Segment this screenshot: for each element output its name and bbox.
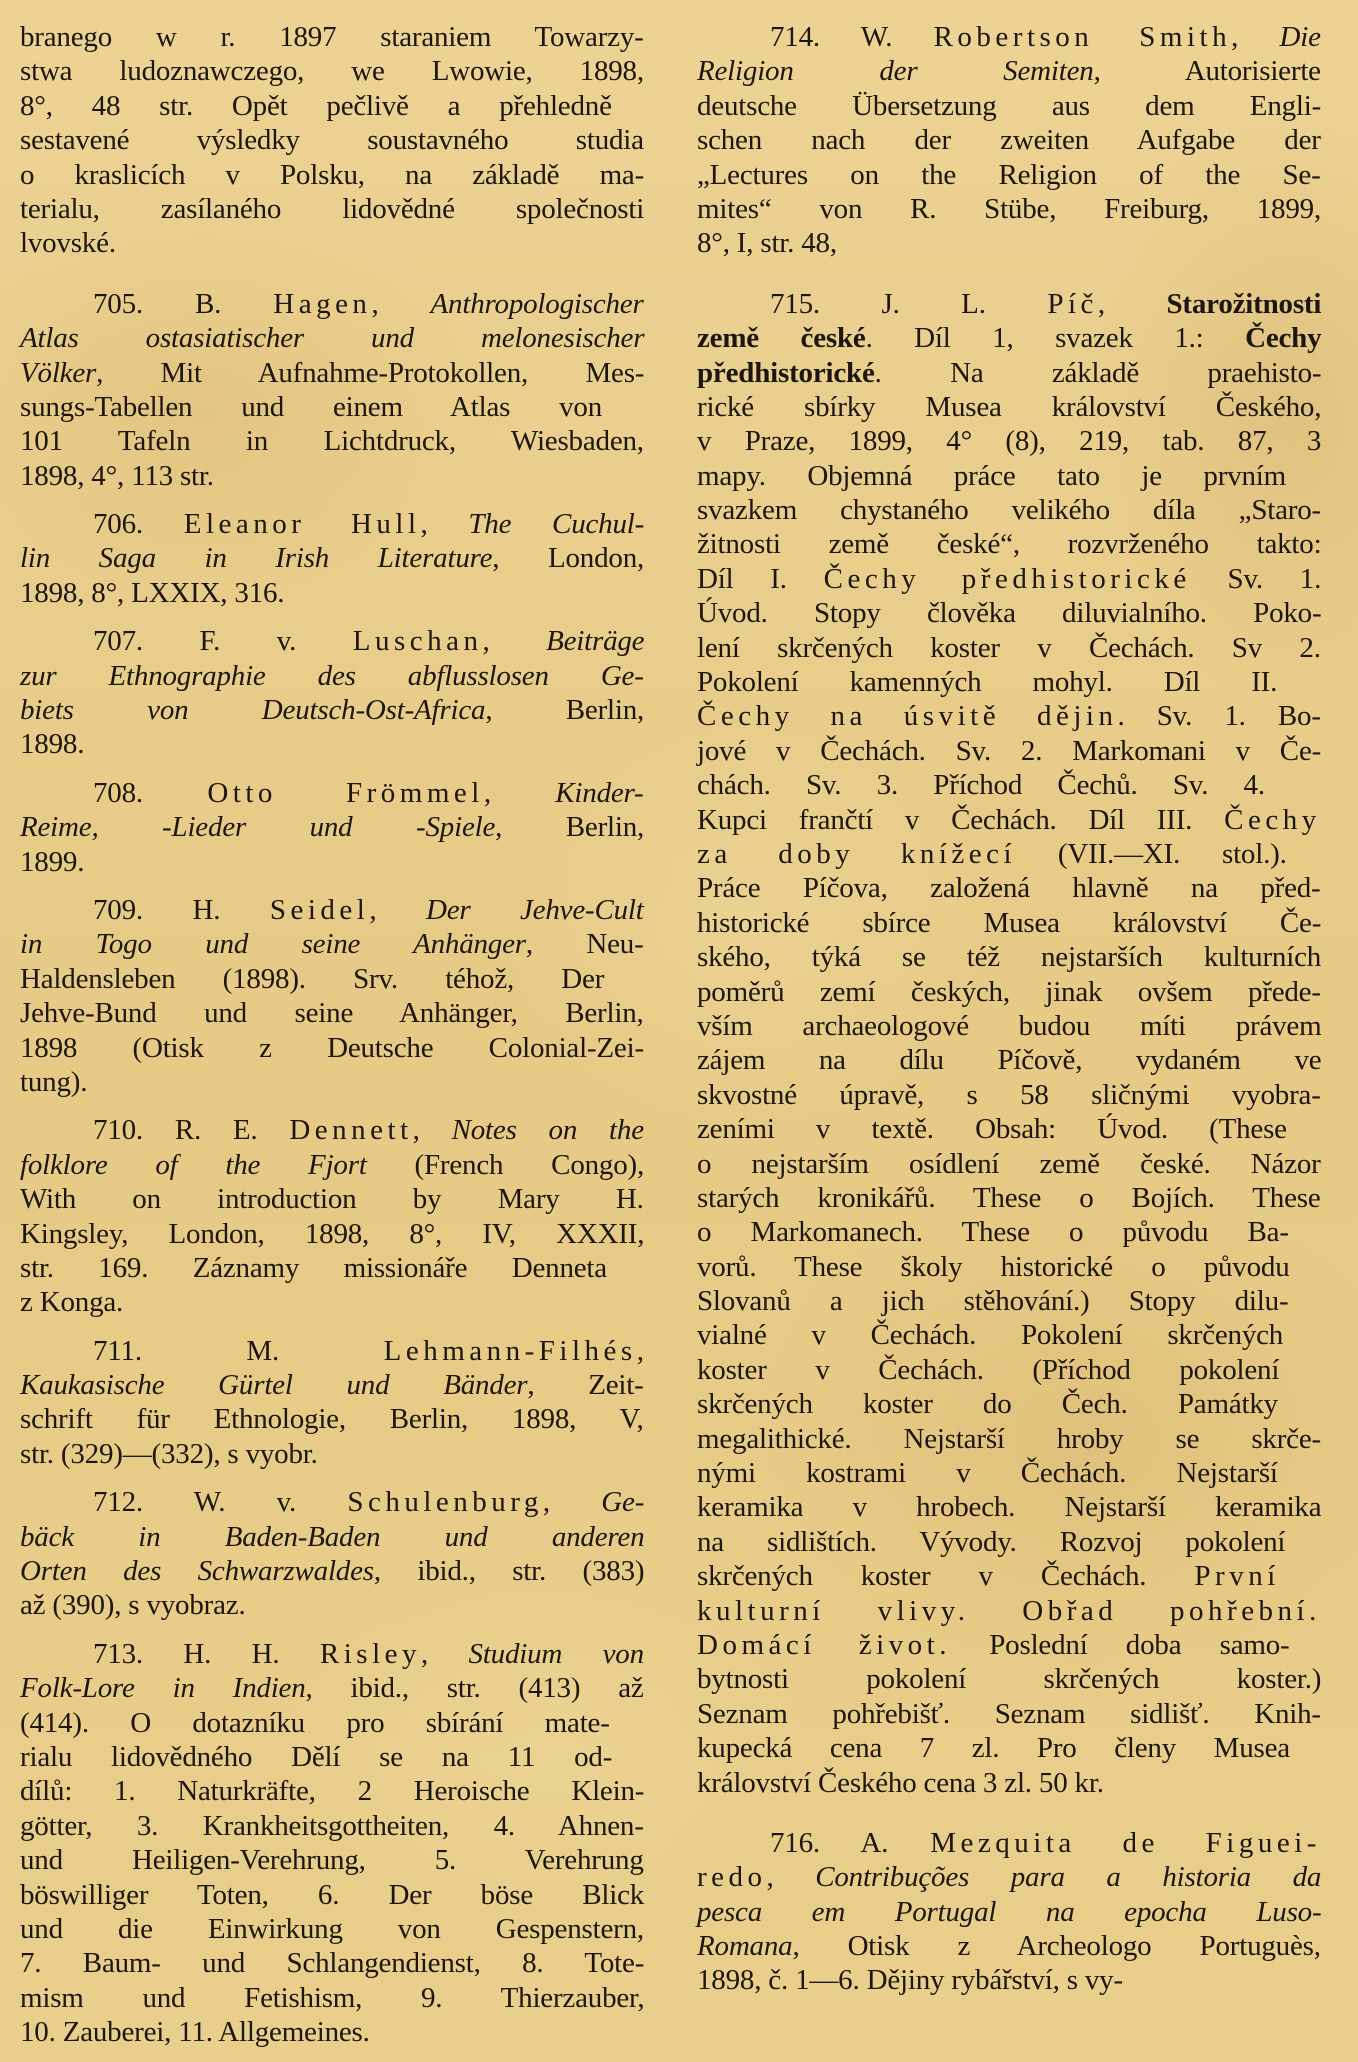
text-run: bytnosti pokolení skrčených koster.) (697, 1663, 1321, 1695)
text-run: žitnosti země české“, rozvrženého takto: (697, 528, 1321, 560)
spaced-author: Domácí život. (697, 1629, 951, 1661)
text-run: Pokolení kamenných mohyl. Díl II. (697, 666, 1277, 698)
text-run: schrift für Ethnologie, Berlin, 1898, V, (20, 1403, 644, 1435)
text-run: vším archaeologové budou míti právem (697, 1010, 1321, 1042)
italic-title: The Cuchul- (468, 508, 644, 540)
italic-title: Der Jehve-Cult (426, 894, 644, 926)
bibliography-entry-709: 709. H. Seidel, Der Jehve-Cultin Togo un… (20, 893, 644, 1099)
text-run: mapy. Objemná práce tato je prvním (697, 460, 1286, 492)
italic-title: Contribuções para a historia da (815, 1861, 1321, 1893)
text-line: „Lectures on the Religion of the Se- (697, 158, 1321, 192)
text-line: zur Ethnographie des abflusslosen Ge- (20, 659, 644, 693)
spaced-author: kulturní vlivy. Obřad pohřební. (697, 1595, 1321, 1627)
text-run: 712. W. v. (93, 1486, 347, 1518)
text-run: chách. Sv. 3. Příchod Čechů. Sv. 4. (697, 769, 1265, 801)
text-run: megalithické. Nejstarší hroby se skrče- (697, 1423, 1321, 1455)
italic-title: Beiträge (546, 625, 644, 657)
text-run: 715. J. L. (770, 288, 1047, 320)
italic-title: folklore of the Fjort (20, 1149, 367, 1181)
text-run: jové v Čechách. Sv. 2. Markomani v Če- (697, 735, 1321, 767)
text-line: böswilliger Toten, 6. Der böse Blick (20, 1878, 644, 1912)
text-run: lení skrčených koster v Čechách. Sv 2. (697, 632, 1321, 664)
bibliography-entry-715: 715. J. L. Píč, Starožitnostizemě české.… (697, 287, 1321, 1800)
text-line: skrčených koster do Čech. Památky (697, 1387, 1321, 1421)
text-line: 8°, 48 str. Opět pečlivě a přehledně (20, 89, 644, 123)
text-line: 7. Baum- und Schlangendienst, 8. Tote- (20, 1946, 644, 1980)
text-run: skrčených koster v Čechách. (697, 1560, 1194, 1592)
text-run: 713. H. H. (93, 1638, 320, 1670)
text-line: předhistorické. Na základě praehisto- (697, 356, 1321, 390)
text-run: nými kostrami v Čechách. Nejstarší (697, 1457, 1278, 1489)
bold-title: Čechy (1245, 322, 1321, 354)
text-line: mapy. Objemná práce tato je prvním (697, 459, 1321, 493)
text-run: 8°, 48 str. Opět pečlivě a přehledně (20, 90, 612, 122)
bibliography-entry-710: 710. R. E. Dennett, Notes on thefolklore… (20, 1113, 644, 1319)
spaced-author: Čechy předhistorické (824, 563, 1191, 595)
text-line: Völker, Mit Aufnahme-Protokollen, Mes- (20, 356, 644, 390)
italic-title: Romana (697, 1930, 792, 1962)
text-line: svazkem chystaného velikého díla „Staro- (697, 493, 1321, 527)
text-line: Seznam pohřebišť. Seznam sidlišť. Knih- (697, 1697, 1321, 1731)
text-line: Romana, Otisk z Archeologo Portuguès, (697, 1929, 1321, 1963)
text-run: zájem na dílu Píčově, vydaném ve (697, 1044, 1321, 1076)
spaced-author: Schulenburg (347, 1486, 543, 1518)
text-run: str. 169. Záznamy missionáře Denneta (20, 1252, 607, 1284)
text-run: . Díl 1, svazek 1.: (866, 322, 1246, 354)
italic-title: Anthropologischer (431, 288, 644, 320)
text-line: Práce Píčova, založená hlavně na před- (697, 871, 1321, 905)
text-run: , London, (492, 542, 644, 574)
text-line: Jehve-Bund und seine Anhänger, Berlin, (20, 996, 644, 1030)
text-line: 709. H. Seidel, Der Jehve-Cult (20, 893, 644, 927)
spaced-author: Mezquita de Figuei- (930, 1827, 1321, 1859)
text-line: skvostné úpravě, s 58 sličnými vyobra- (697, 1078, 1321, 1112)
text-run: Sv. 1. (1191, 563, 1321, 595)
spaced-author: Dennett (289, 1114, 412, 1146)
text-line: in Togo und seine Anhänger, Neu- (20, 927, 644, 961)
text-run: , (421, 508, 469, 540)
text-run: 714. W. (770, 21, 934, 53)
text-run: , (543, 1486, 601, 1518)
text-line: 1898, č. 1—6. Dějiny rybářství, s vy- (697, 1963, 1321, 1997)
text-run: vialné v Čechách. Pokolení skrčených (697, 1319, 1283, 1351)
spaced-author: Eleanor Hull (184, 508, 421, 540)
text-run: Práce Píčova, založená hlavně na před- (697, 872, 1321, 904)
spaced-author: za doby knížecí (697, 838, 1016, 870)
text-line: až (390), s vyobraz. (20, 1588, 644, 1622)
text-line: skrčených koster v Čechách. První (697, 1559, 1321, 1593)
text-line: 711. M. Lehmann-Filhés, (20, 1334, 644, 1368)
italic-title: Atlas ostasiatischer und melonesischer (20, 322, 644, 354)
text-line: lvovské. (20, 226, 644, 260)
text-run: keramika v hrobech. Nejstarší keramika (697, 1491, 1321, 1523)
text-line: branego w r. 1897 staraniem Towarzy- (20, 20, 644, 54)
italic-title: in Togo und seine Anhänger (20, 928, 526, 960)
left-column: branego w r. 1897 staraniem Towarzy-stwa… (20, 20, 644, 2062)
text-run: 705. B. (93, 288, 273, 320)
text-run: „Lectures on the Religion of the Se- (697, 159, 1321, 191)
text-line: Úvod. Stopy člověka diluvialního. Poko- (697, 596, 1321, 630)
text-run: vorů. These školy historické o původu (697, 1251, 1290, 1283)
text-line: koster v Čechách. (Příchod pokolení (697, 1353, 1321, 1387)
text-run: 1898 (Otisk z Deutsche Colonial-Zei- (20, 1032, 644, 1064)
text-line: Kaukasische Gürtel und Bänder, Zeit- (20, 1368, 644, 1402)
text-line: biets von Deutsch-Ost-Africa, Berlin, (20, 693, 644, 727)
italic-title: Die (1279, 21, 1320, 53)
text-run: v Praze, 1899, 4° (8), 219, tab. 87, 3 (697, 425, 1321, 457)
text-line: rialu lidovědného Dělí se na 11 od- (20, 1740, 644, 1774)
text-run: 711. M. (93, 1335, 384, 1367)
text-line: 713. H. H. Risley, Studium von (20, 1637, 644, 1671)
text-run: schen nach der zweiten Aufgabe der (697, 124, 1321, 156)
spaced-author: Risley (320, 1638, 421, 1670)
text-line: götter, 3. Krankheitsgottheiten, 4. Ahne… (20, 1809, 644, 1843)
text-line: 1898, 8°, LXXIX, 316. (20, 576, 644, 610)
text-line: jové v Čechách. Sv. 2. Markomani v Če- (697, 734, 1321, 768)
text-run: dílů: 1. Naturkräfte, 2 Heroische Klein- (20, 1775, 644, 1807)
text-run: lvovské. (20, 227, 116, 259)
spaced-author: Seidel (270, 894, 370, 926)
text-run: skvostné úpravě, s 58 sličnými vyobra- (697, 1079, 1321, 1111)
text-line: ského, týká se též nejstarších kulturníc… (697, 940, 1321, 974)
text-line: z Konga. (20, 1285, 644, 1319)
spaced-author: Píč (1047, 288, 1098, 320)
text-run: Jehve-Bund und seine Anhänger, Berlin, (20, 997, 644, 1029)
text-line: Domácí život. Poslední doba samo- (697, 1628, 1321, 1662)
text-line: 705. B. Hagen, Anthropologischer (20, 287, 644, 321)
text-line: vším archaeologové budou míti právem (697, 1009, 1321, 1043)
text-line: rické sbírky Musea království Českého, (697, 390, 1321, 424)
text-line: (414). O dotazníku pro sbírání mate- (20, 1706, 644, 1740)
text-line: Haldensleben (1898). Srv. téhož, Der (20, 962, 644, 996)
text-line: Kingsley, London, 1898, 8°, IV, XXXII, (20, 1217, 644, 1251)
text-line: folklore of the Fjort (French Congo), (20, 1148, 644, 1182)
text-line: o Markomanech. These o původu Ba- (697, 1215, 1321, 1249)
italic-title: Notes on the (452, 1114, 644, 1146)
bibliography-entry-706: 706. Eleanor Hull, The Cuchul-lin Saga i… (20, 507, 644, 610)
bold-title: země české (697, 322, 866, 354)
text-line: poměrů zemí českých, jinak ovšem přede- (697, 975, 1321, 1009)
bibliography-entry-711: 711. M. Lehmann-Filhés,Kaukasische Gürte… (20, 1334, 644, 1472)
text-line: Reime, -Lieder und -Spiele, Berlin, (20, 810, 644, 844)
text-run: , (767, 1861, 816, 1893)
text-run: Haldensleben (1898). Srv. téhož, Der (20, 963, 604, 995)
text-line: 710. R. E. Dennett, Notes on the (20, 1113, 644, 1147)
spaced-author: První (1194, 1560, 1279, 1592)
text-run: branego w r. 1897 staraniem Towarzy- (20, 21, 644, 53)
text-run: mism und Fetishism, 9. Thierzauber, (20, 1982, 644, 2014)
text-line: vialné v Čechách. Pokolení skrčených (697, 1318, 1321, 1352)
text-run: , (1231, 21, 1279, 53)
text-run: Seznam pohřebišť. Seznam sidlišť. Knih- (697, 1698, 1321, 1730)
text-line: Orten des Schwarzwaldes, ibid., str. (38… (20, 1554, 644, 1588)
spaced-author: Robertson Smith (934, 21, 1232, 53)
text-run: (414). O dotazníku pro sbírání mate- (20, 1707, 610, 1739)
scanned-book-page: branego w r. 1897 staraniem Towarzy-stwa… (0, 0, 1358, 2062)
text-run: , (413, 1114, 452, 1146)
text-line: chách. Sv. 3. Příchod Čechů. Sv. 4. (697, 768, 1321, 802)
text-line: vorů. These školy historické o původu (697, 1250, 1321, 1284)
bibliography-entry-705: 705. B. Hagen, AnthropologischerAtlas os… (20, 287, 644, 493)
text-run: , Berlin, (485, 694, 644, 726)
italic-title: Kaukasische Gürtel und Bänder (20, 1369, 527, 1401)
text-line: und die Einwirkung von Gespenstern, (20, 1912, 644, 1946)
text-line: str. 169. Záznamy missionáře Denneta (20, 1251, 644, 1285)
text-run: , Neu- (526, 928, 644, 960)
spaced-author: Hagen (273, 288, 371, 320)
text-line: deutsche Übersetzung aus dem Engli- (697, 89, 1321, 123)
text-line: království Českého cena 3 zl. 50 kr. (697, 1766, 1321, 1800)
text-line: Religion der Semiten, Autorisierte (697, 54, 1321, 88)
spaced-author: Čechy (1224, 804, 1321, 836)
text-line: kupecká cena 7 zl. Pro členy Musea (697, 1731, 1321, 1765)
text-run: , (369, 894, 426, 926)
text-line: lin Saga in Irish Literature, London, (20, 541, 644, 575)
text-line: mites“ von R. Stübe, Freiburg, 1899, (697, 192, 1321, 226)
text-run: 1899. (20, 846, 84, 878)
text-run: (VII.—XI. stol.). (1016, 838, 1287, 870)
text-run: stwa ludoznawczego, we Lwowie, 1898, (20, 55, 644, 87)
text-run: , Berlin, (495, 811, 644, 843)
text-run: skrčených koster do Čech. Památky (697, 1388, 1278, 1420)
text-run: , (421, 1638, 469, 1670)
text-run: , Otisk z Archeologo Portuguès, (792, 1930, 1320, 1962)
text-run: , Zeit- (527, 1369, 643, 1401)
text-run: , (637, 1335, 644, 1367)
text-run: starých kronikářů. These o Bojích. These (697, 1182, 1321, 1214)
text-line: stwa ludoznawczego, we Lwowie, 1898, (20, 54, 644, 88)
text-line: 8°, I, str. 48, (697, 226, 1321, 260)
spaced-author: Lehmann-Filhés (384, 1335, 637, 1367)
text-line: lení skrčených koster v Čechách. Sv 2. (697, 631, 1321, 665)
text-line: megalithické. Nejstarší hroby se skrče- (697, 1422, 1321, 1456)
text-run: 706. (93, 508, 184, 540)
text-line: sungs-Tabellen und einem Atlas von (20, 390, 644, 424)
bibliography-entry-712: 712. W. v. Schulenburg, Ge-bäck in Baden… (20, 1485, 644, 1623)
text-line: 716. A. Mezquita de Figuei- (697, 1826, 1321, 1860)
text-line: 10. Zauberei, 11. Allgemeines. (20, 2015, 644, 2049)
text-line: 715. J. L. Píč, Starožitnosti (697, 287, 1321, 321)
text-line: pesca em Portugal na epocha Luso- (697, 1895, 1321, 1929)
text-run: 716. A. (770, 1827, 930, 1859)
text-run: Slovanů a jich stěhování.) Stopy dilu- (697, 1285, 1288, 1317)
text-run: 709. H. (93, 894, 270, 926)
italic-title: Studium von (469, 1638, 644, 1670)
text-run: Díl I. (697, 563, 824, 595)
text-run: koster v Čechách. (Příchod pokolení (697, 1354, 1279, 1386)
text-run: With on introduction by Mary H. (20, 1183, 644, 1215)
text-run: svazkem chystaného velikého díla „Staro- (697, 494, 1321, 526)
text-run: 1898. (20, 728, 84, 760)
text-line: With on introduction by Mary H. (20, 1182, 644, 1216)
text-run: deutsche Übersetzung aus dem Engli- (697, 90, 1321, 122)
text-run: poměrů zemí českých, jinak ovšem přede- (697, 976, 1321, 1008)
italic-title: Reime, -Lieder und -Spiele (20, 811, 495, 843)
text-line: Čechy na úsvitě dějin. Sv. 1. Bo- (697, 699, 1321, 733)
text-line: 1898. (20, 727, 644, 761)
text-line: Slovanů a jich stěhování.) Stopy dilu- (697, 1284, 1321, 1318)
text-run: , ibid., str. (383) (374, 1555, 644, 1587)
text-line: Pokolení kamenných mohyl. Díl II. (697, 665, 1321, 699)
text-line: terialu, zasílaného lidovědné společnost… (20, 192, 644, 226)
text-line: zeními v textě. Obsah: Úvod. (These (697, 1112, 1321, 1146)
text-run: o Markomanech. These o původu Ba- (697, 1216, 1289, 1248)
text-run: 8°, I, str. 48, (697, 227, 837, 259)
text-line: mism und Fetishism, 9. Thierzauber, (20, 1981, 644, 2015)
text-run: království Českého cena 3 zl. 50 kr. (697, 1767, 1104, 1799)
text-run: , ibid., str. (413) až (306, 1672, 644, 1704)
text-line: za doby knížecí (VII.—XI. stol.). (697, 837, 1321, 871)
text-line: 1898, 4°, 113 str. (20, 459, 644, 493)
italic-title: pesca em Portugal na epocha Luso- (697, 1896, 1321, 1928)
text-line: tung). (20, 1065, 644, 1099)
italic-title: Ge- (601, 1486, 644, 1518)
text-line: 707. F. v. Luschan, Beiträge (20, 624, 644, 658)
right-column: 714. W. Robertson Smith, DieReligion der… (697, 20, 1321, 2012)
text-line: Atlas ostasiatischer und melonesischer (20, 321, 644, 355)
text-line: Kupci frančtí v Čechách. Díl III. Čechy (697, 803, 1321, 837)
spaced-author: Otto Frömmel (207, 777, 483, 809)
text-run: historické sbírce Musea království Če- (697, 907, 1321, 939)
text-run: 10. Zauberei, 11. Allgemeines. (20, 2016, 370, 2048)
text-run: 707. F. v. (93, 625, 353, 657)
text-line: Folk-Lore in Indien, ibid., str. (413) a… (20, 1671, 644, 1705)
text-line: schrift für Ethnologie, Berlin, 1898, V, (20, 1402, 644, 1436)
text-run: . Sv. 1. Bo- (1117, 700, 1320, 732)
text-run: , (482, 625, 546, 657)
text-line: v Praze, 1899, 4° (8), 219, tab. 87, 3 (697, 424, 1321, 458)
italic-title: Orten des Schwarzwaldes (20, 1555, 374, 1587)
text-line: o nejstarším osídlení země české. Názor (697, 1147, 1321, 1181)
text-run: Kupci frančtí v Čechách. Díl III. (697, 804, 1224, 836)
text-run: , (484, 777, 555, 809)
text-line: schen nach der zweiten Aufgabe der (697, 123, 1321, 157)
text-line: historické sbírce Musea království Če- (697, 906, 1321, 940)
text-run: 1898, 8°, LXXIX, 316. (20, 577, 284, 609)
spaced-author: Luschan (353, 625, 483, 657)
text-run: z Konga. (20, 1286, 123, 1318)
text-line: o kraslicích v Polsku, na základě ma- (20, 158, 644, 192)
text-run: 1898, 4°, 113 str. (20, 460, 214, 492)
text-run: 710. R. E. (93, 1114, 289, 1146)
text-line: und Heiligen-Verehrung, 5. Verehrung (20, 1843, 644, 1877)
text-line: na sidlištích. Vývody. Rozvoj pokolení (697, 1525, 1321, 1559)
text-run: kupecká cena 7 zl. Pro členy Musea (697, 1732, 1290, 1764)
text-run: na sidlištích. Vývody. Rozvoj pokolení (697, 1526, 1285, 1558)
text-run: , Autorisierte (1094, 55, 1321, 87)
spaced-author: redo (697, 1861, 767, 1893)
text-run: sestavené výsledky soustavného studia (20, 124, 644, 156)
text-run: und Heiligen-Verehrung, 5. Verehrung (20, 1844, 644, 1876)
text-line: 101 Tafeln in Lichtdruck, Wiesbaden, (20, 424, 644, 458)
text-run: Poslední doba samo- (951, 1629, 1290, 1661)
text-run: o nejstarším osídlení země české. Názor (697, 1148, 1321, 1180)
text-line: žitnosti země české“, rozvrženého takto: (697, 527, 1321, 561)
text-line: kulturní vlivy. Obřad pohřební. (697, 1594, 1321, 1628)
text-run: und die Einwirkung von Gespenstern, (20, 1913, 644, 1945)
spaced-author: Čechy na úsvitě dějin (697, 700, 1117, 732)
text-line: str. (329)—(332), s vyobr. (20, 1437, 644, 1471)
text-run: böswilliger Toten, 6. Der böse Blick (20, 1879, 644, 1911)
text-run: Úvod. Stopy člověka diluvialního. Poko- (697, 597, 1321, 629)
text-line: keramika v hrobech. Nejstarší keramika (697, 1490, 1321, 1524)
text-line: Díl I. Čechy předhistorické Sv. 1. (697, 562, 1321, 596)
bibliography-entry-707: 707. F. v. Luschan, Beiträgezur Ethnogra… (20, 624, 644, 762)
text-line: 1899. (20, 845, 644, 879)
text-run: ského, týká se též nejstarších kulturníc… (697, 941, 1321, 973)
text-run: 1898, č. 1—6. Dějiny rybářství, s vy- (697, 1964, 1123, 1996)
italic-title: Völker (20, 357, 96, 389)
italic-title: Folk-Lore in Indien (20, 1672, 306, 1704)
text-run: rické sbírky Musea království Českého, (697, 391, 1321, 423)
text-run: 708. (93, 777, 207, 809)
text-run: mites“ von R. Stübe, Freiburg, 1899, (697, 193, 1321, 225)
text-run: , Mit Aufnahme-Protokollen, Mes- (96, 357, 644, 389)
text-run: sungs-Tabellen und einem Atlas von (20, 391, 602, 423)
italic-title: bäck in Baden-Baden und anderen (20, 1521, 644, 1553)
bibliography-entry-713: 713. H. H. Risley, Studium vonFolk-Lore … (20, 1637, 644, 2050)
text-line: 714. W. Robertson Smith, Die (697, 20, 1321, 54)
italic-title: lin Saga in Irish Literature (20, 542, 492, 574)
italic-title: zur Ethnographie des abflusslosen Ge- (20, 660, 644, 692)
text-run: str. (329)—(332), s vyobr. (20, 1438, 318, 1470)
text-run: 7. Baum- und Schlangendienst, 8. Tote- (20, 1947, 644, 1979)
text-line: zájem na dílu Píčově, vydaném ve (697, 1043, 1321, 1077)
text-run: Kingsley, London, 1898, 8°, IV, XXXII, (20, 1218, 644, 1250)
text-line: starých kronikářů. These o Bojích. These (697, 1181, 1321, 1215)
bibliography-entry-714: 714. W. Robertson Smith, DieReligion der… (697, 20, 1321, 261)
bold-title: předhistorické (697, 357, 875, 389)
text-line: země české. Díl 1, svazek 1.: Čechy (697, 321, 1321, 355)
text-line: dílů: 1. Naturkräfte, 2 Heroische Klein- (20, 1774, 644, 1808)
italic-title: Kinder- (555, 777, 643, 809)
text-line: 712. W. v. Schulenburg, Ge- (20, 1485, 644, 1519)
text-run: terialu, zasílaného lidovědné společnost… (20, 193, 644, 225)
text-line: nými kostrami v Čechách. Nejstarší (697, 1456, 1321, 1490)
text-run: o kraslicích v Polsku, na základě ma- (20, 159, 644, 191)
bold-title: Starožitnosti (1166, 288, 1321, 320)
italic-title: Religion der Semiten (697, 55, 1094, 87)
text-run: , (1098, 288, 1167, 320)
text-run: 101 Tafeln in Lichtdruck, Wiesbaden, (20, 425, 644, 457)
italic-title: biets von Deutsch-Ost-Africa (20, 694, 485, 726)
text-line: bäck in Baden-Baden und anderen (20, 1520, 644, 1554)
text-run: rialu lidovědného Dělí se na 11 od- (20, 1741, 612, 1773)
bibliography-entry-716: 716. A. Mezquita de Figuei-redo, Contrib… (697, 1826, 1321, 1998)
text-run: tung). (20, 1066, 87, 1098)
text-run: , (371, 288, 430, 320)
text-run: (French Congo), (367, 1149, 644, 1181)
text-line: redo, Contribuções para a historia da (697, 1860, 1321, 1894)
text-line: 1898 (Otisk z Deutsche Colonial-Zei- (20, 1031, 644, 1065)
text-line: 706. Eleanor Hull, The Cuchul- (20, 507, 644, 541)
text-line: sestavené výsledky soustavného studia (20, 123, 644, 157)
text-run: až (390), s vyobraz. (20, 1589, 246, 1621)
text-line: bytnosti pokolení skrčených koster.) (697, 1662, 1321, 1696)
text-run: götter, 3. Krankheitsgottheiten, 4. Ahne… (20, 1810, 644, 1842)
bibliography-entry-708: 708. Otto Frömmel, Kinder-Reime, -Lieder… (20, 776, 644, 879)
bibliography-entry-continuation: branego w r. 1897 staraniem Towarzy-stwa… (20, 20, 644, 261)
text-run: . Na základě praehisto- (875, 357, 1322, 389)
text-run: zeními v textě. Obsah: Úvod. (These (697, 1113, 1287, 1145)
text-line: 708. Otto Frömmel, Kinder- (20, 776, 644, 810)
